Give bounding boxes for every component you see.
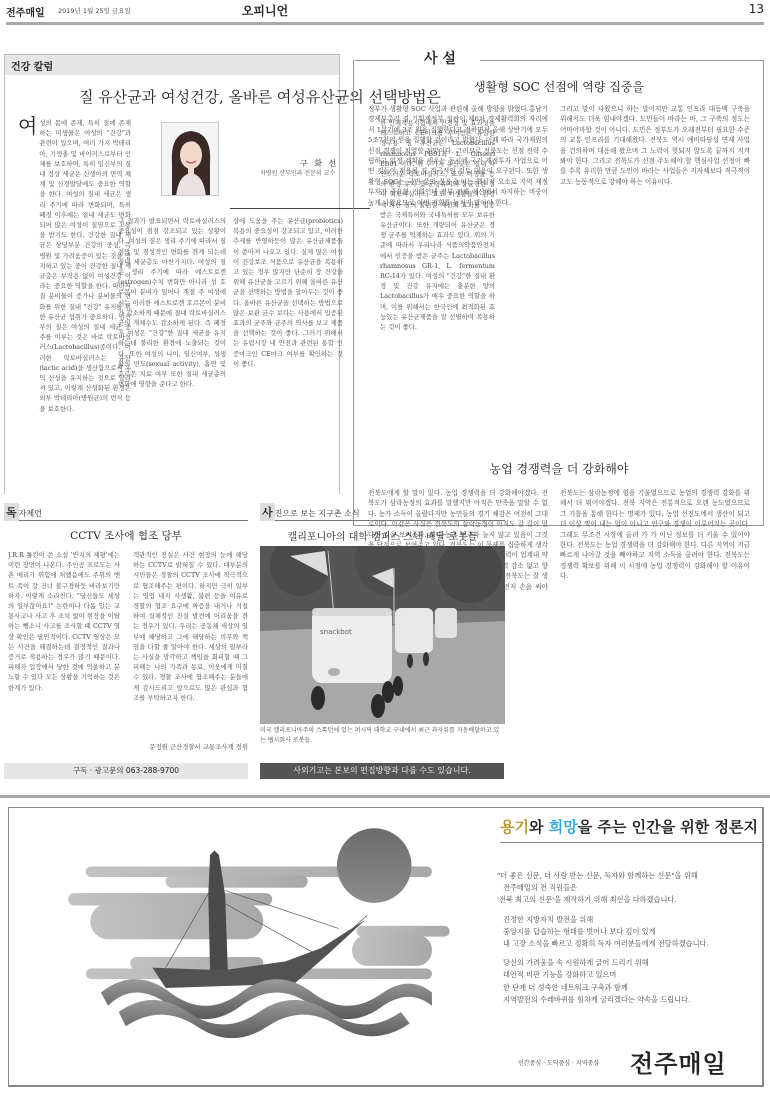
byline-rule	[230, 208, 370, 209]
subscription-bar: 구독 · 광고문의 063-288-9700	[4, 763, 248, 779]
editorial-tab: 사 설	[400, 48, 480, 68]
reader-kicker-rest: 자제언	[19, 509, 42, 518]
ad-headline-part-hope: 희망	[549, 818, 578, 836]
reader-kicker: 독자제언	[4, 503, 248, 521]
ad-logo: 전주매일	[630, 1044, 727, 1079]
author-portrait-icon	[162, 123, 219, 196]
disclaimer-bar: 사외기고는 본보의 편집방향과 다를 수도 있습니다.	[260, 763, 504, 779]
ad-illustration	[30, 815, 470, 1075]
ad-line: 대안적 비판 기능을 강화하고 있으며	[503, 969, 762, 981]
ad-headline: 용기와 희망을 주는 인간을 위한 정론지	[500, 816, 758, 837]
editorial-1-col-1: 정부가 생활형 SOC 사업과 관련해 올해 방향을 밝혔다.홍남기 경제부총리…	[368, 104, 548, 426]
reader-signature: 문정원 군산경찰서 교통조사계 경위	[133, 742, 248, 753]
photo-kicker-big: 사	[260, 503, 275, 521]
health-col-3: 상에 도움을 주는 유산균(probiotics) 복용의 중요성이 강조되고 …	[233, 216, 343, 490]
ad-line: '전북 최고의 신문'을 제작하기 위해 최선을 다하겠습니다.	[497, 894, 762, 906]
editorial-headline-1: 생활형 SOC 선점에 역량 집중을	[355, 78, 763, 95]
robot-photo: snackbot	[260, 546, 505, 724]
editorial-top-right-rule	[478, 60, 763, 61]
header-rule	[6, 22, 764, 25]
ad-paragraph-1: "더 좋은 신문, 더 사랑 받는 신문, 독자와 함께하는 신문"을 위해 전…	[497, 870, 762, 907]
health-col-2: 구 결과가 발표되면서 락토바실러스의 중요성이 점점 강조되고 있는 상황이다…	[118, 216, 226, 490]
ad-line: 전주매일의 전 직원들은	[497, 882, 762, 894]
ad-headline-part-rest: 을 주는 인간을 위한 정론지	[578, 818, 758, 836]
health-column-tab: 건강 칼럼	[5, 55, 339, 75]
photo-caption: 미국 캘리포니아주의 스톡턴에 있는 퍼시픽 대학교 구내에서 최근 과자류를 …	[260, 726, 505, 746]
editorial-2-col-2: 전북도는 삼락농정에 힘을 기울였으므로 농업의 경쟁력 강화를 위해서 더 뛰…	[560, 488, 750, 818]
svg-text:snackbot: snackbot	[320, 628, 352, 636]
reader-headline: CCTV 조사에 협조 당부	[4, 528, 248, 543]
section-divider	[0, 795, 770, 798]
ad-headline-part-and: 와	[529, 818, 549, 836]
section-title: 오피니언	[0, 2, 530, 19]
ad-paragraph-3: 당신의 가려움을 속 시원하게 긁어 드리기 위해 대안적 비판 기능을 강화하…	[497, 957, 762, 1006]
ad-headline-part-courage: 용기	[500, 818, 529, 836]
photo-kicker-rest: 진으로 보는 지구촌 소식	[275, 509, 360, 518]
health-col-1: 여 성의 몸에 존재, 특히 질에 존재하는 미생물은 여성의 "건강"과 관련…	[18, 118, 131, 490]
drop-cap: 여	[18, 116, 37, 136]
ad-line: 당신의 가려움을 속 시원하게 긁어 드리기 위해	[503, 957, 762, 969]
reader-col-2: 객관적인 진실은 사건 현장의 눈에 해당하는 CCTV로 밝혀질 수 있다. …	[133, 550, 248, 740]
editorial-1-col-2: 그리고 말이 나왔으니 하는 말이지만 교통 인프라 대동맥 구축을 위해서도 …	[560, 104, 750, 426]
ad-rule	[500, 842, 762, 843]
ad-line: "더 좋은 신문, 더 사랑 받는 신문, 독자와 함께하는 신문"을 위해	[497, 870, 762, 882]
ad-paragraph-2: 진정한 지방자치 발전을 위해 중앙지를 답습하는 형태를 벗어나 보다 깊이 …	[497, 914, 762, 951]
ad-line: 진정한 지방자치 발전을 위해	[503, 914, 762, 926]
author-photo	[161, 122, 219, 196]
author-title: 차병원 산부인과 전문의 교수	[260, 168, 335, 177]
editorial-border-right	[763, 60, 764, 526]
ad-line: 한 단계 더 성숙한 네트워크 구축과 함께	[503, 982, 762, 994]
photo-news-headline: 캘리포니아의 대학 캠퍼스 스낵 배달 로봇들	[260, 528, 505, 543]
reader-kicker-big: 독	[4, 503, 19, 521]
ad-line: 중앙지를 답습하는 형태를 벗어나 보다 깊이 있게	[503, 926, 762, 938]
editorial-headline-2: 농업 경쟁력을 더 강화해야	[355, 460, 763, 477]
pen-ship-illustration-icon	[30, 815, 470, 1075]
ad-body: "더 좋은 신문, 더 사랑 받는 신문, 독자와 함께하는 신문"을 위해 전…	[497, 870, 762, 1013]
photo-news-kicker: 사진으로 보는 지구촌 소식	[260, 503, 505, 521]
ad-line: 내 고장 소식을 빠르고 정확히 독자 여러분들에게 전달하겠습니다.	[503, 938, 762, 950]
ad-line: 지역발전의 수레바퀴를 힘차게 굴리겠다는 약속을 드립니다.	[503, 994, 762, 1006]
editorial-border-left	[353, 60, 354, 526]
page-number: 13	[749, 2, 764, 16]
ad-slogan: 인간중심 · 도덕중심 · 지역중심	[518, 1058, 599, 1067]
snackbot-robots-photo-icon: snackbot	[260, 546, 505, 724]
reader-col-1: J.R.R 톨킨이 쓴 소설 '반지의 제왕'에는 이런 장면이 나온다. 주인…	[8, 550, 120, 755]
